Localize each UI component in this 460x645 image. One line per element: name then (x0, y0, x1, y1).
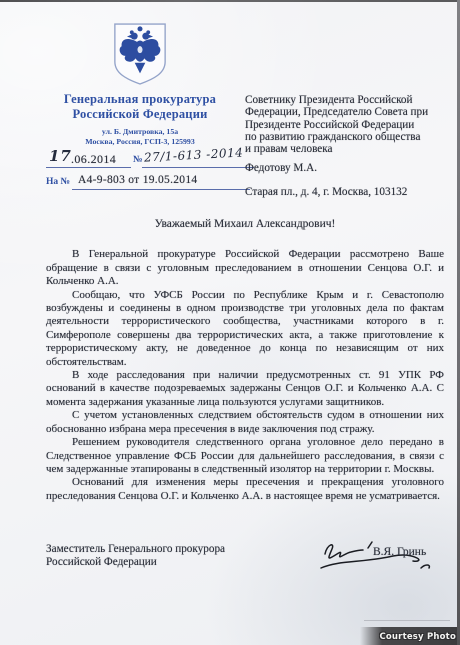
body-paragraph-6: Оснований для изменения меры пресечения … (46, 476, 444, 503)
addressee-name: Федотову М.А. (245, 162, 453, 174)
scanned-letter-photo: Генеральная прокуратура Российской Федер… (0, 0, 460, 645)
signer-name: В.Я. Гринь (373, 546, 426, 558)
body-paragraph-3: В ходе расследования при наличии предусм… (46, 369, 444, 409)
org-address-line1: ул. Б. Дмитровка, 15а (38, 127, 242, 137)
number-sign-label: № (133, 155, 143, 165)
coat-of-arms-emblem (111, 21, 169, 87)
body-paragraph-1: В Генеральной прокуратуре Российской Фед… (46, 248, 444, 288)
signer-title: Заместитель Генерального прокурора Росси… (46, 543, 225, 569)
signer-title-line1: Заместитель Генерального прокурора (46, 543, 225, 556)
letterhead: Генеральная прокуратура Российской Федер… (38, 92, 242, 147)
date-underline (46, 167, 131, 168)
signer-title-line2: Российской Федерации (46, 556, 225, 569)
body-paragraph-5: Решением руководителя следственного орга… (46, 436, 444, 476)
handwritten-date-day: 17 (49, 147, 72, 165)
paper-edge (364, 620, 450, 621)
addressee-block: Советнику Президента Российской Федераци… (245, 94, 453, 198)
reply-underline (72, 189, 250, 190)
org-name-line1: Генеральная прокуратура (38, 92, 242, 107)
reference-block: 17 .06.2014 № 27/1-613 -2014 На № А4-9-8… (46, 151, 260, 197)
addressee-line: Советнику Президента Российской (245, 94, 453, 106)
addressee-postal-address: Старая пл., д. 4, г. Москва, 103132 (245, 186, 453, 198)
photo-credit-watermark: Courtesy Photo (379, 632, 456, 642)
photo-top-edge (0, 0, 460, 2)
number-underline (142, 167, 254, 168)
salutation: Уважаемый Михаил Александрович! (46, 218, 444, 231)
addressee-line: и правам человека (245, 143, 453, 155)
handwritten-outgoing-number: 27/1-613 -2014 (144, 145, 244, 164)
signature-area: В.Я. Гринь (315, 538, 450, 582)
addressee-line: Президенте Российской Федерации (245, 119, 453, 131)
printed-date: .06.2014 (71, 152, 116, 167)
body-paragraph-2: Сообщаю, что УФСБ России по Республике К… (46, 289, 444, 369)
letter-body: Уважаемый Михаил Александрович! В Генера… (46, 218, 444, 503)
org-address-line2: Москва, Россия, ГСП-3, 125993 (38, 137, 242, 147)
reply-number: А4-9-803 от 19.05.2014 (78, 174, 197, 186)
reply-to-label: На № (46, 177, 70, 187)
org-name-line2: Российской Федерации (38, 107, 242, 122)
signature-scribble (315, 538, 450, 582)
body-paragraph-4: С учетом установленных следствием обстоя… (46, 409, 444, 436)
addressee-line: Федерации, Председателю Совета при (245, 106, 453, 118)
addressee-line: по развитию гражданского общества (245, 131, 453, 143)
